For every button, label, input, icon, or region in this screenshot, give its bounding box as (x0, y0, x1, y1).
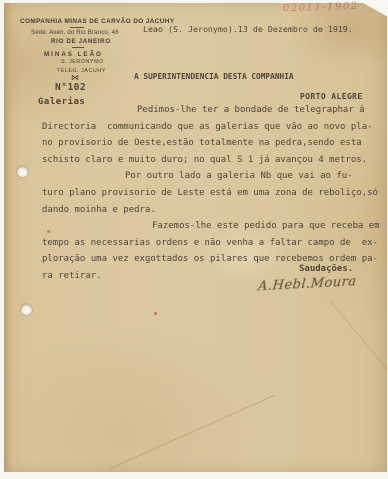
body-line: dando moinha e pedra. (42, 202, 387, 219)
recipient-line: A SUPERINTENDENCIA DESTA COMPANHIA (134, 72, 294, 81)
closing-salutation: Saudações. (299, 264, 353, 274)
letterhead-divider (70, 27, 84, 28)
body-line: tempo as necessarias ordens e não venha … (42, 235, 387, 252)
date-line: Leao (S. Jeronymo).13 de Dezembro de 191… (143, 24, 353, 34)
ink-speck (154, 312, 157, 315)
letterhead-telegraph: TELEG. JACUHY (57, 68, 106, 74)
letterhead-mine-location: S. JERONYMO (61, 59, 104, 65)
document-number: N°102 (55, 82, 86, 93)
body-line: Por outro lado a galeria Nb que vai ao f… (42, 168, 387, 185)
body-line: Directoria communicando que as galerias … (42, 119, 387, 136)
letterhead-address: Séde: Aven. do Rio Branco, 46 (31, 30, 119, 36)
punch-hole (21, 304, 32, 315)
body-line: Pedimos-lhe ter a bondade de telegraphar… (42, 102, 387, 119)
scanned-letter: 02011-1902 COMPANHIA MINAS DE CARVÃO DO … (0, 0, 388, 479)
bowtie-ornament-icon: ⋈ (71, 73, 79, 82)
body-line: turo plano provisorio de Leste está em u… (42, 185, 387, 202)
body-line: no provisorio de Oeste,estão totalmente … (42, 135, 387, 152)
body-line: Fazemos-lhe este pedido para que receba … (42, 218, 387, 235)
punch-hole (17, 166, 28, 177)
recipient-city: PORTO ALEGRE (300, 92, 363, 101)
letterhead-divider (72, 47, 84, 48)
body-line: schisto claro e muito duro; no qual S 1 … (42, 152, 387, 169)
letterhead-city: RIO DE JANEIRO (51, 38, 111, 45)
letter-body: Pedimos-lhe ter a bondade de telegraphar… (42, 102, 387, 285)
torn-corner (358, 0, 388, 17)
letterhead-mine-name: MINAS LEÃO (44, 51, 103, 58)
